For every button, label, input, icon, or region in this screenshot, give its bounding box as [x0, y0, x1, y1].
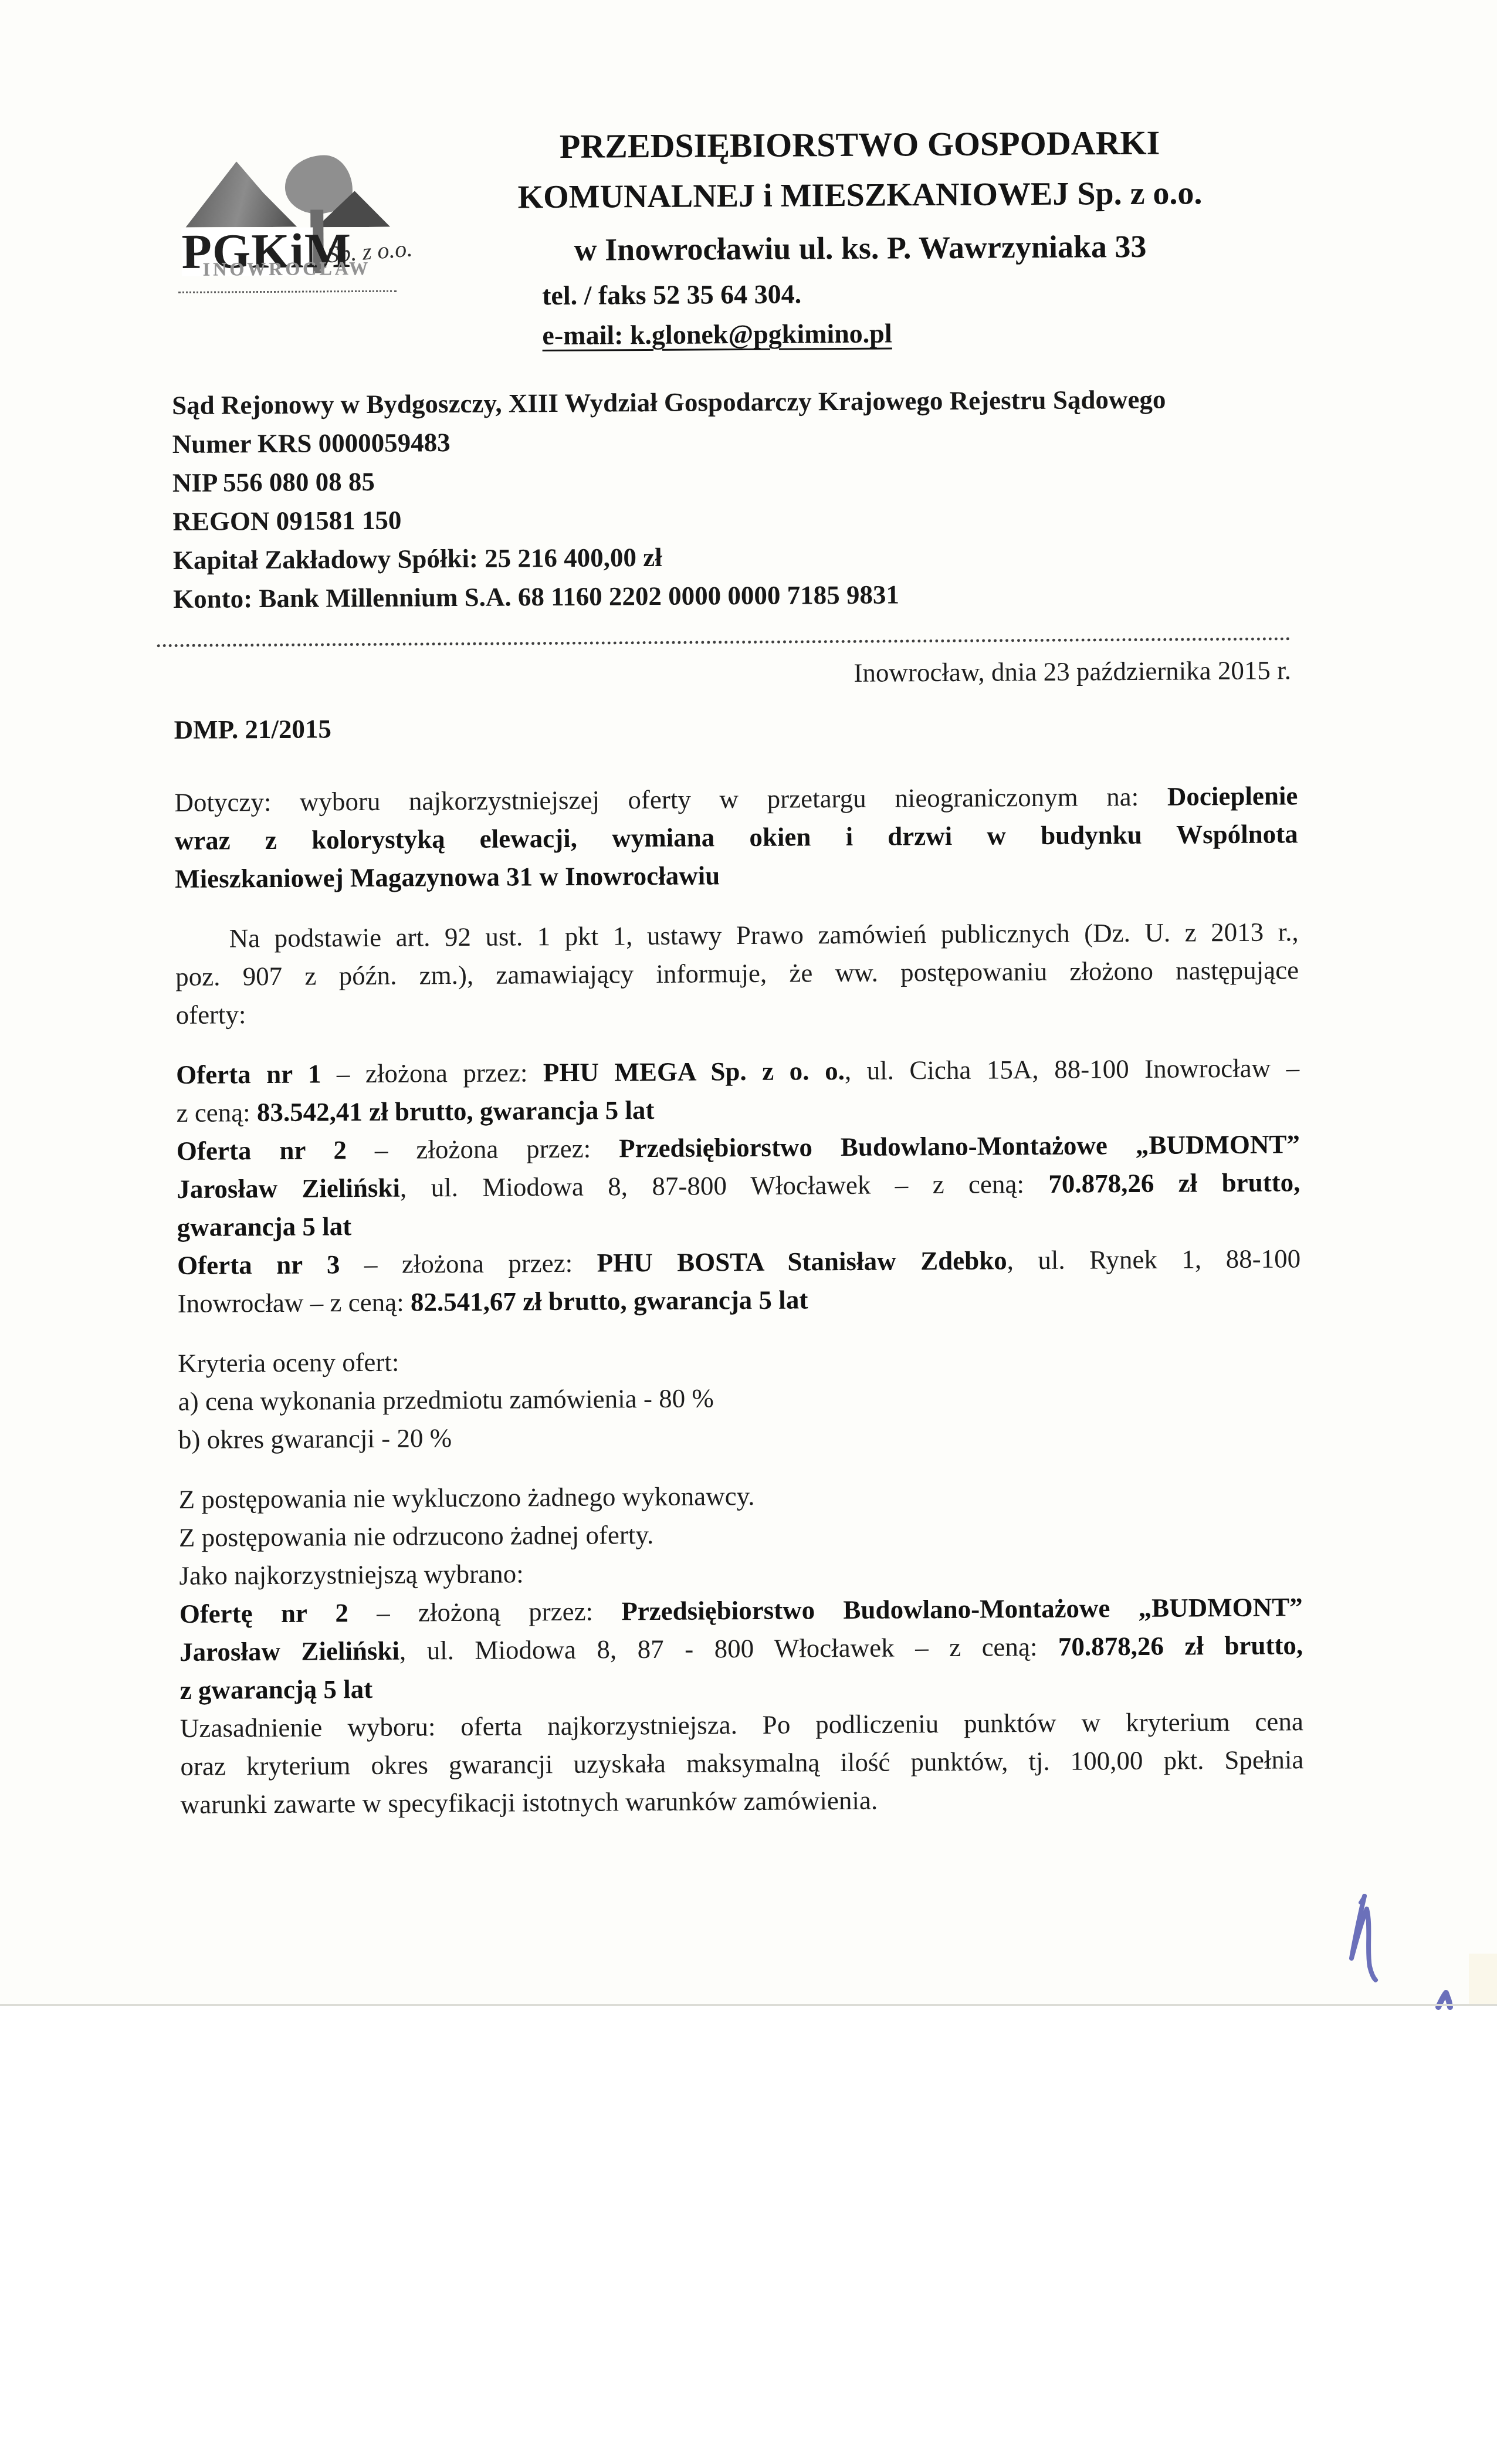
letterhead: PRZEDSIĘBIORSTWO GOSPODARKI KOMUNALNEJ i…: [487, 124, 1233, 351]
text-segment: Z postępowania nie odrzucono żadnej ofer…: [179, 1520, 654, 1552]
text-line: Jarosław Zieliński, ul. Miodowa 8, 87 - …: [179, 1626, 1303, 1671]
text-segment: Z postępowania nie wykluczono żadnego wy…: [178, 1481, 754, 1514]
logo-underline: [178, 290, 397, 293]
text-line: oraz kryterium okres gwarancji uzyskała …: [180, 1741, 1303, 1786]
bold-text-segment: 83.542,41 zł brutto, gwarancja 5 lat: [257, 1095, 655, 1127]
bold-text-segment: PHU BOSTA Stanisław Zdebko: [597, 1245, 1007, 1277]
text-segment: Na podstawie art. 92 ust. 1 pkt 1, ustaw…: [229, 917, 1299, 953]
text-segment: Dotyczy: wyboru najkorzystniejszej ofert…: [174, 782, 1167, 817]
scan-artifact-line: [0, 2004, 1497, 2006]
text-line: Mieszkaniowej Magazynowa 31 w Inowrocław…: [175, 853, 1298, 898]
registry-account-line: Konto: Bank Millennium S.A. 68 1160 2202…: [173, 573, 1323, 618]
paragraph-selected-offer: Ofertę nr 2 – złożoną przez: Przedsiębio…: [179, 1588, 1303, 1710]
bold-text-segment: Oferta nr 2: [177, 1135, 347, 1166]
text-segment: oraz kryterium okres gwarancji uzyskała …: [180, 1745, 1303, 1781]
bold-text-segment: Oferta nr 3: [177, 1250, 340, 1280]
text-line: gwarancja 5 lat: [177, 1201, 1300, 1247]
paragraph-justification: Uzasadnienie wyboru: oferta najkorzystni…: [180, 1703, 1304, 1824]
registry-nip-line: NIP 556 080 08 85: [172, 456, 1322, 502]
scanned-letter-page: PGKiM INOWROCŁAW Sp. z o.o. PRZEDSIĘBIOR…: [0, 0, 1497, 2464]
bold-text-segment: Jarosław Zieliński: [179, 1636, 399, 1667]
paragraph-status: Z postępowania nie wykluczono żadnego wy…: [178, 1474, 1302, 1595]
registry-regon-line: REGON 091581 150: [172, 495, 1322, 541]
text-line: Oferta nr 2 – złożona przez: Przedsiębio…: [177, 1125, 1300, 1170]
text-segment: oferty:: [175, 1000, 246, 1030]
text-segment: , ul. Miodowa 8, 87 - 800 Włocławek – z …: [399, 1632, 1058, 1666]
logo-city-text: INOWROCŁAW: [203, 258, 371, 280]
bold-text-segment: z gwarancją 5 lat: [179, 1674, 372, 1705]
reference-number: DMP. 21/2015: [174, 713, 331, 745]
text-line: Oferta nr 3 – złożona przez: PHU BOSTA S…: [177, 1240, 1300, 1285]
text-segment: – złożona przez:: [347, 1133, 619, 1165]
registry-capital-line: Kapitał Zakładowy Spółki: 25 216 400,00 …: [173, 534, 1323, 580]
text-line: Inowrocław – z ceną: 82.541,67 zł brutto…: [177, 1278, 1300, 1323]
text-line: oferty:: [175, 989, 1299, 1034]
text-segment: b) okres gwarancji - 20 %: [178, 1423, 452, 1454]
text-segment: , ul. Miodowa 8, 87-800 Włocławek – z ce…: [400, 1169, 1049, 1203]
company-logo: PGKiM INOWROCŁAW Sp. z o.o.: [177, 152, 401, 300]
text-line: Z postępowania nie odrzucono żadnej ofer…: [179, 1512, 1302, 1557]
company-email-line: e-mail: k.glonek@pgkimino.pl: [488, 317, 1233, 351]
bold-text-segment: 82.541,67 zł brutto, gwarancja 5 lat: [411, 1285, 808, 1316]
text-segment: poz. 907 z późn. zm.), zamawiający infor…: [175, 955, 1299, 991]
text-line: Ofertę nr 2 – złożoną przez: Przedsiębio…: [179, 1588, 1303, 1633]
paragraph-offer-1: Oferta nr 1 – złożona przez: PHU MEGA Sp…: [176, 1049, 1300, 1132]
paragraph-subject: Dotyczy: wyboru najkorzystniejszej ofert…: [174, 777, 1298, 898]
text-line: z gwarancją 5 lat: [179, 1664, 1303, 1710]
text-segment: – złożona przez:: [321, 1058, 543, 1088]
paragraph-offer-3: Oferta nr 3 – złożona przez: PHU BOSTA S…: [177, 1240, 1301, 1323]
text-line: Uzasadnienie wyboru: oferta najkorzystni…: [180, 1703, 1303, 1748]
text-segment: – złożoną przez:: [348, 1596, 622, 1627]
dateline: Inowrocław, dnia 23 października 2015 r.: [174, 655, 1291, 692]
bold-text-segment: 70.878,26 zł brutto,: [1048, 1167, 1300, 1199]
bold-text-segment: gwarancja 5 lat: [177, 1211, 352, 1242]
text-segment: , ul. Rynek 1, 88-100: [1007, 1244, 1300, 1275]
text-line: Jako najkorzystniejszą wybrano:: [179, 1550, 1302, 1595]
letter-body: Dotyczy: wyboru najkorzystniejszej ofert…: [174, 777, 1304, 1824]
dotted-separator-line: [157, 637, 1291, 647]
bold-text-segment: PHU MEGA Sp. z o. o.: [543, 1056, 845, 1087]
text-line: a) cena wykonania przedmiotu zamówienia …: [178, 1376, 1301, 1421]
bold-text-segment: Jarosław Zieliński: [177, 1173, 400, 1204]
text-segment: Kryteria oceny ofert:: [178, 1348, 399, 1378]
text-line: Z postępowania nie wykluczono żadnego wy…: [178, 1474, 1302, 1519]
text-line: b) okres gwarancji - 20 %: [178, 1414, 1302, 1459]
bold-text-segment: Ofertę nr 2: [179, 1598, 348, 1629]
text-line: z ceną: 83.542,41 zł brutto, gwarancja 5…: [176, 1087, 1299, 1132]
text-line: poz. 907 z późn. zm.), zamawiający infor…: [175, 951, 1299, 996]
bold-text-segment: 70.878,26 zł brutto,: [1058, 1630, 1303, 1661]
company-name-line1: PRZEDSIĘBIORSTWO GOSPODARKI: [487, 124, 1232, 166]
text-segment: Jako najkorzystniejszą wybrano:: [179, 1559, 524, 1590]
letter-sheet: PGKiM INOWROCŁAW Sp. z o.o. PRZEDSIĘBIOR…: [0, 0, 1497, 2464]
text-line: wraz z kolorystyką elewacji, wymiana oki…: [175, 815, 1298, 860]
paragraph-legal-intro: Na podstawie art. 92 ust. 1 pkt 1, ustaw…: [175, 913, 1299, 1034]
text-segment: z ceną:: [176, 1098, 257, 1128]
text-line: Oferta nr 1 – złożona przez: PHU MEGA Sp…: [176, 1049, 1299, 1094]
bold-text-segment: Oferta nr 1: [176, 1059, 321, 1089]
bold-text-segment: Mieszkaniowej Magazynowa 31 w Inowrocław…: [175, 861, 720, 893]
text-line: Dotyczy: wyboru najkorzystniejszej ofert…: [174, 777, 1298, 822]
paragraph-offer-2: Oferta nr 2 – złożona przez: Przedsiębio…: [177, 1125, 1300, 1247]
company-phone-line: tel. / faks 52 35 64 304.: [488, 277, 1233, 311]
text-segment: warunki zawarte w specyfikacji istotnych…: [181, 1786, 878, 1819]
company-name-line2: KOMUNALNEJ i MIESZKANIOWEJ Sp. z o.o.: [487, 175, 1232, 216]
text-line: Kryteria oceny ofert:: [178, 1338, 1301, 1383]
text-segment: – złożona przez:: [340, 1248, 597, 1280]
registry-krs-line: Numer KRS 0000059483: [172, 418, 1322, 463]
text-line: warunki zawarte w specyfikacji istotnych…: [181, 1779, 1304, 1824]
registry-court-line: Sąd Rejonowy w Bydgoszczy, XIII Wydział …: [172, 379, 1322, 425]
registry-block: Sąd Rejonowy w Bydgoszczy, XIII Wydział …: [172, 379, 1323, 618]
text-line: Jarosław Zieliński, ul. Miodowa 8, 87-80…: [177, 1163, 1300, 1209]
bold-text-segment: Przedsiębiorstwo Budowlano-Montażowe „BU…: [621, 1592, 1303, 1626]
text-line: Na podstawie art. 92 ust. 1 pkt 1, ustaw…: [175, 913, 1299, 958]
bold-text-segment: wraz z kolorystyką elewacji, wymiana oki…: [175, 819, 1298, 855]
bold-text-segment: Docieplenie: [1167, 781, 1298, 811]
text-segment: Uzasadnienie wyboru: oferta najkorzystni…: [180, 1707, 1303, 1743]
text-segment: Inowrocław – z ceną:: [177, 1288, 411, 1318]
logo-mountain-icon: [185, 161, 297, 228]
text-segment: , ul. Cicha 15A, 88-100 Inowrocław –: [845, 1053, 1300, 1085]
paragraph-criteria: Kryteria oceny ofert:a) cena wykonania p…: [178, 1338, 1302, 1459]
bold-text-segment: Przedsiębiorstwo Budowlano-Montażowe „BU…: [619, 1129, 1300, 1163]
company-address-line: w Inowrocławiu ul. ks. P. Wawrzyniaka 33: [487, 229, 1232, 268]
text-segment: a) cena wykonania przedmiotu zamówienia …: [178, 1383, 714, 1416]
